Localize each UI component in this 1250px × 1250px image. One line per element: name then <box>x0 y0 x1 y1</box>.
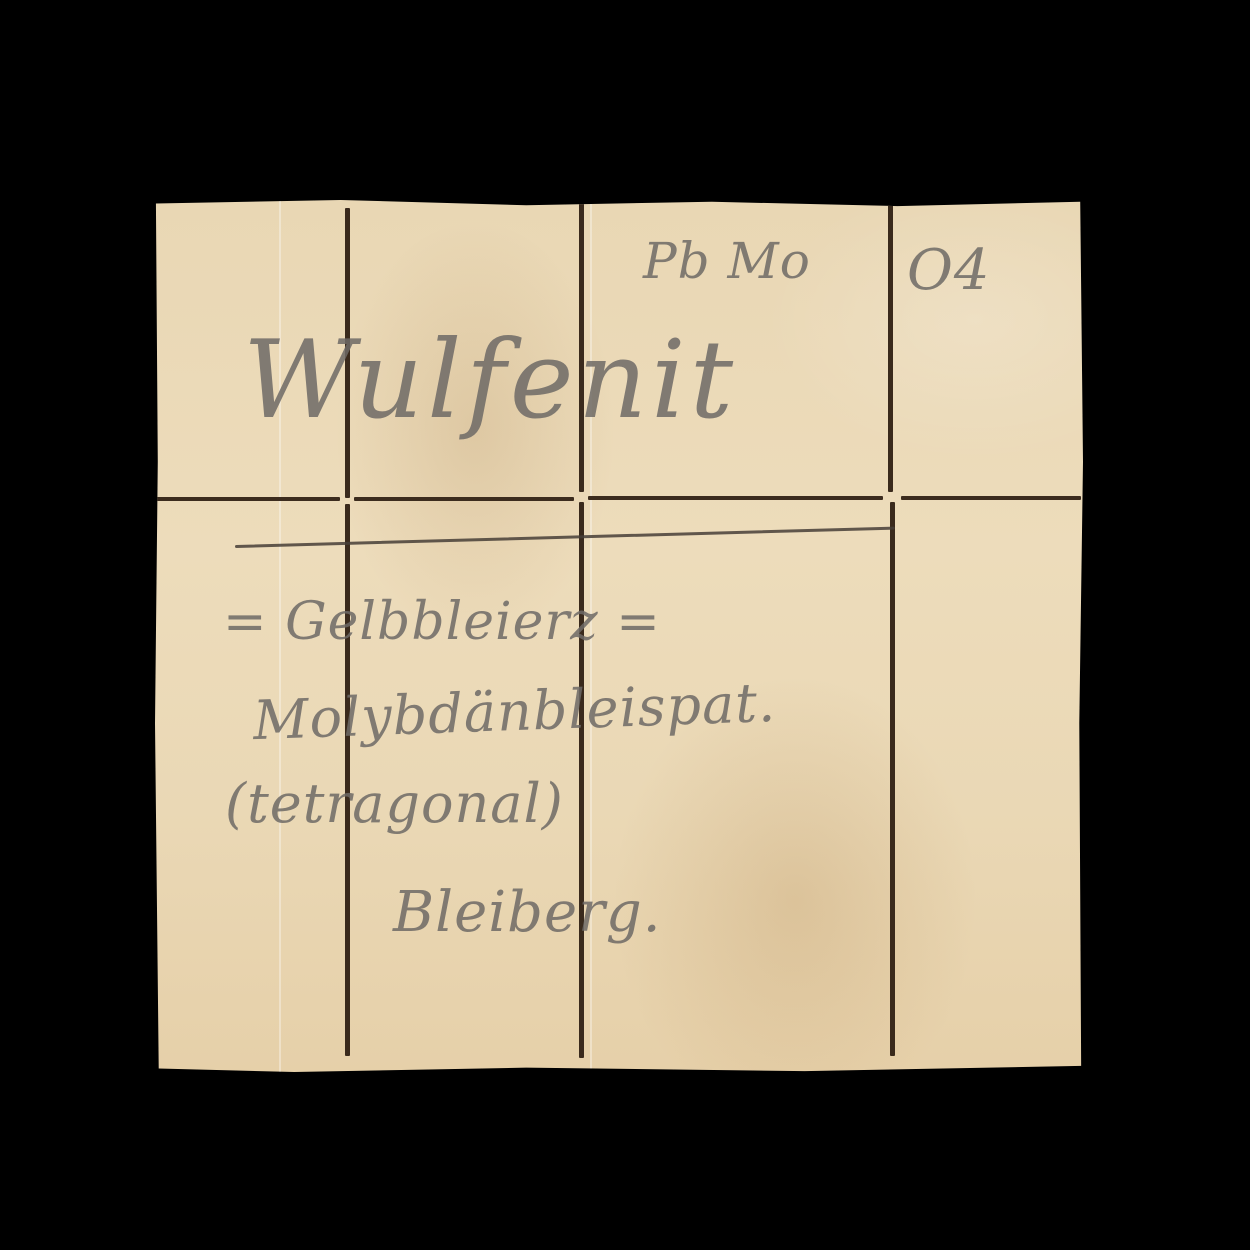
synonym-2: Molybdänbleispat. <box>252 671 777 752</box>
formula-anion: O4 <box>907 238 991 303</box>
printed-horizontal-rule <box>588 496 883 500</box>
printed-vertical-rule <box>888 200 893 492</box>
crystal-system: (tetragonal) <box>225 772 564 835</box>
locality: Bleiberg. <box>393 880 662 945</box>
pencil-underline <box>235 527 895 548</box>
specimen-label: Pb Mo O4 Wulfenit = Gelbbleierz = Molybd… <box>155 200 1083 1072</box>
printed-horizontal-rule <box>354 497 574 501</box>
printed-vertical-rule <box>890 502 895 1056</box>
printed-vertical-rule <box>579 502 584 1058</box>
printed-horizontal-rule <box>901 496 1081 500</box>
synonym-line: = Gelbbleierz = <box>223 592 661 652</box>
mineral-name: Wulfenit <box>243 318 737 443</box>
formula-cations: Pb Mo <box>643 232 811 290</box>
printed-horizontal-rule <box>155 497 340 501</box>
